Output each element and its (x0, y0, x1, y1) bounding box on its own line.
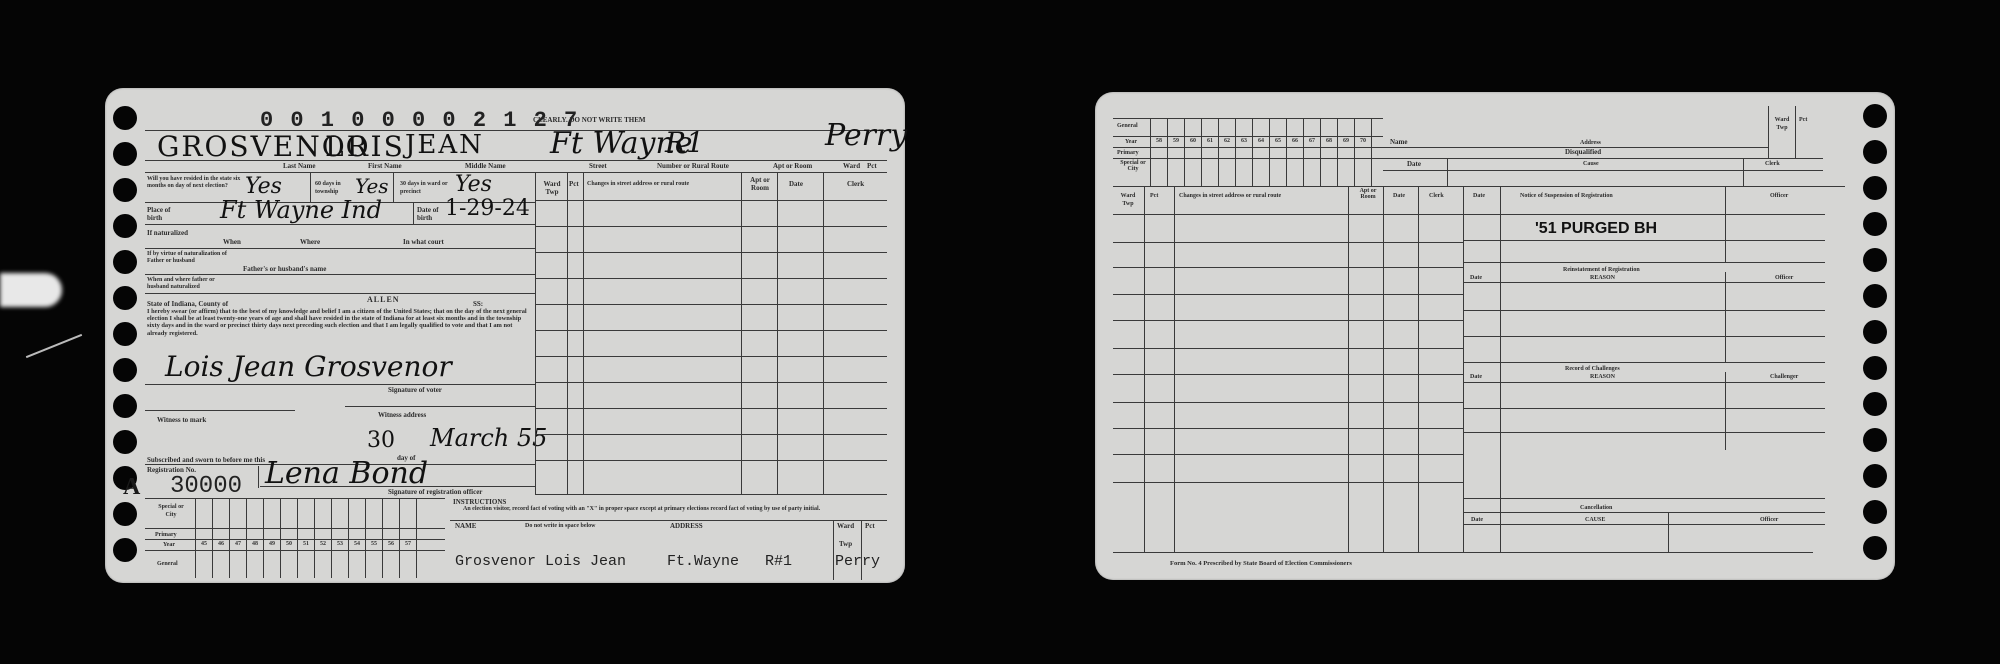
label-pct: Pct (867, 162, 877, 170)
year-cell: 57 (398, 541, 418, 547)
punch-hole (1863, 104, 1887, 128)
col-clerk: Clerk (1429, 192, 1444, 200)
label-chal-date: Date (1470, 373, 1482, 381)
punch-hole (1863, 464, 1887, 488)
label-witness: Witness to mark (157, 416, 206, 424)
subscribed-day: 30 (367, 428, 395, 453)
label-susp-officer: Officer (1770, 192, 1788, 200)
punch-hole (1863, 176, 1887, 200)
row-year: Year (163, 541, 175, 549)
label-witness-address: Witness address (378, 411, 426, 419)
punch-hole (1863, 356, 1887, 380)
first-name-value: LOIS (325, 130, 405, 163)
typed-route: R#1 (765, 553, 792, 570)
voter-signature: Lois Jean Grosvenor (165, 350, 452, 383)
label-when: When (223, 238, 241, 246)
row-primary: Primary (155, 531, 177, 539)
middle-name-value: JEAN (405, 130, 484, 160)
col-changes: Changes in street address or rural route (1179, 192, 1281, 200)
punch-hole (113, 430, 137, 454)
registration-prefix: A (123, 474, 140, 501)
punch-hole (113, 538, 137, 562)
label-birth-date: Date of birth (417, 206, 447, 222)
disqualified-title: Disqualified (1565, 148, 1601, 156)
reinstatement-title: Reinstatement of Registration (1563, 266, 1640, 274)
row-year: Year (1125, 138, 1137, 146)
label-canc-cause: CAUSE (1585, 516, 1605, 524)
birth-place-value: Ft Wayne Ind (220, 196, 382, 224)
subscribed-month-year: March 55 (430, 424, 547, 452)
label-canc-officer: Officer (1760, 516, 1778, 524)
label-disq-clerk: Clerk (1765, 160, 1780, 168)
instructions-title: INSTRUCTIONS (453, 498, 506, 506)
label-ward: Ward (843, 162, 860, 170)
label-state-county: State of Indiana, County of (147, 300, 228, 308)
punch-hole (113, 214, 137, 238)
label-voter-signature: Signature of voter (388, 386, 442, 394)
label-precinct-residence: 30 days in ward or precinct (400, 180, 460, 196)
punch-hole (113, 142, 137, 166)
label-first-name: First Name (368, 162, 402, 170)
punch-hole (113, 502, 137, 526)
label-subscribed: Subscribed and sworn to before me this (147, 456, 265, 464)
suspension-entry: '51 PURGED BH (1535, 220, 1657, 238)
label-footer-address: ADDRESS (670, 522, 703, 530)
label-apt: Apt or Room (773, 162, 812, 170)
punch-hole (113, 178, 137, 202)
label-officer-signature: Signature of registration officer (388, 488, 482, 496)
label-rein-date: Date (1470, 274, 1482, 282)
punch-hole (113, 250, 137, 274)
label-disq-address: Address (1580, 139, 1601, 147)
label-middle-name: Middle Name (465, 162, 506, 170)
label-footer-twp: Twp (839, 540, 852, 548)
label-rein-reason: REASON (1590, 274, 1615, 282)
col-apt: Apt or Room (745, 176, 775, 192)
label-disq-name: Name (1390, 138, 1408, 146)
row-special-city: Special or City (1119, 160, 1147, 172)
instructions-text: An election visitor, record fact of voti… (463, 506, 883, 513)
form-note: Form No. 4 Prescribed by State Board of … (1170, 560, 1352, 568)
punch-hole (113, 358, 137, 382)
row-general: General (157, 560, 178, 568)
precinct-residence-answer: Yes (455, 172, 492, 197)
county-value: ALLEN (367, 296, 400, 304)
township-residence-answer: Yes (355, 174, 389, 198)
oath-text: I hereby swear (or affirm) that to the b… (147, 308, 527, 337)
row-general: General (1117, 122, 1138, 130)
label-rein-officer: Officer (1775, 274, 1793, 282)
label-when-where: When and where father or husband natural… (147, 277, 227, 291)
label-challenger: Challenger (1770, 373, 1798, 381)
col-date: Date (789, 180, 803, 188)
punch-hole (113, 286, 137, 310)
label-state-residence: Will you have resided in the state six m… (147, 176, 242, 190)
film-scratch (26, 334, 82, 358)
punch-hole (1863, 500, 1887, 524)
col-changes: Changes in street address or rural route (587, 180, 689, 188)
typed-address: Ft.Wayne (667, 553, 739, 570)
punch-hole (1863, 284, 1887, 308)
punch-hole (1863, 248, 1887, 272)
label-susp-date: Date (1473, 192, 1485, 200)
label-by-virtue: If by virtue of naturalization of Father… (147, 251, 227, 265)
label-disq-cause: Cause (1583, 160, 1599, 168)
header-note: CLEARLY. DO NOT WRITE THEM (533, 116, 646, 124)
label-route: Number or Rural Route (657, 162, 729, 170)
label-footer-ward: Ward (837, 522, 854, 530)
punch-hole (113, 394, 137, 418)
label-disq-date: Date (1407, 160, 1421, 168)
suspension-title: Notice of Suspension of Registration (1520, 192, 1613, 200)
cancellation-title: Cancellation (1580, 504, 1612, 512)
row-primary: Primary (1117, 149, 1139, 157)
route-value: R1 (665, 126, 704, 159)
row-special-city: Special or City (155, 503, 187, 519)
label-footer-name: NAME (455, 522, 476, 530)
punch-hole (1863, 140, 1887, 164)
label-footer-pct: Pct (865, 522, 875, 530)
punch-hole (1863, 320, 1887, 344)
label-last-name: Last Name (283, 162, 315, 170)
punch-hole (1863, 536, 1887, 560)
col-apt: Apt or Room (1353, 188, 1383, 200)
label-father-name: Father's or husband's name (243, 265, 326, 273)
punch-hole (113, 322, 137, 346)
label-disq-ward: Ward Twp (1770, 116, 1794, 132)
label-where: Where (300, 238, 320, 246)
col-ward-twp: Ward Twp (539, 180, 565, 196)
punch-hole (1863, 212, 1887, 236)
label-disq-pct: Pct (1799, 116, 1807, 124)
registration-card-front: 0 0 1 0 0 0 0 2 1 2 7 CLEARLY. DO NOT WR… (105, 88, 905, 583)
typed-name: Grosvenor Lois Jean (455, 553, 626, 570)
punch-hole (1863, 392, 1887, 416)
label-ss: SS: (473, 300, 483, 308)
precinct-handwritten: Perry (825, 118, 907, 153)
registration-number: 30000 (170, 473, 242, 500)
col-date: Date (1393, 192, 1405, 200)
label-chal-reason: REASON (1590, 373, 1615, 381)
birth-date-value: 1-29-24 (445, 196, 530, 221)
label-court: In what court (403, 238, 444, 246)
registration-card-back: General Year Primary Special or City 58 … (1095, 92, 1895, 580)
challenges-title: Record of Challenges (1565, 365, 1620, 373)
col-ward-twp: Ward Twp (1115, 192, 1141, 208)
label-canc-date: Date (1471, 516, 1483, 524)
label-birth-place: Place of birth (147, 206, 177, 222)
punch-hole (1863, 428, 1887, 452)
label-if-naturalized: If naturalized (147, 229, 188, 237)
typed-precinct: Perry (835, 553, 880, 570)
label-no-write: Do not write in space below (525, 522, 596, 530)
punch-hole (113, 106, 137, 130)
year-cell: 70 (1353, 138, 1373, 144)
label-street: Street (589, 162, 607, 170)
col-pct: Pct (569, 180, 579, 188)
col-clerk: Clerk (847, 180, 864, 188)
col-pct: Pct (1150, 192, 1158, 200)
light-glare (0, 273, 62, 307)
